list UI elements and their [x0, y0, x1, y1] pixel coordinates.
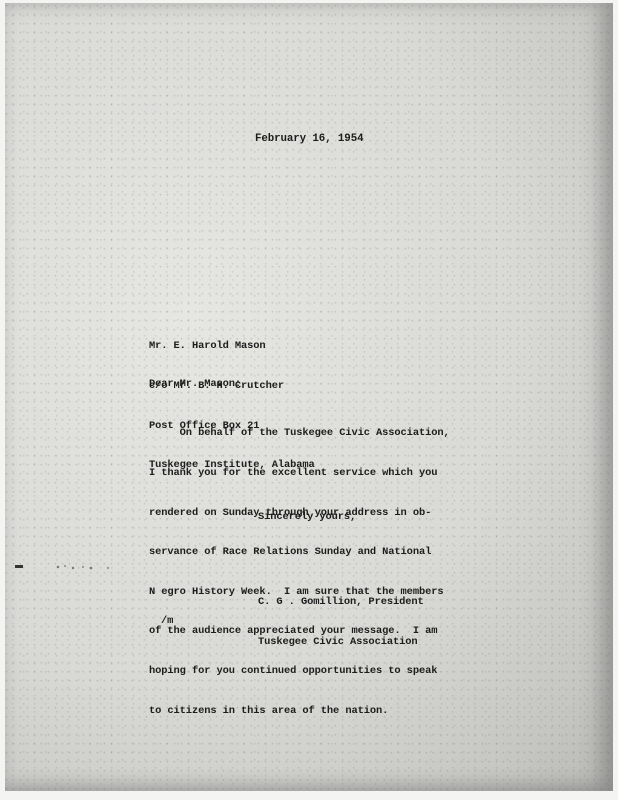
letter-page: February 16, 1954 Mr. E. Harold Mason c/…: [5, 3, 613, 791]
body-line: I thank you for the excellent service wh…: [149, 467, 450, 480]
ink-smudge-mark: [13, 562, 113, 572]
body-line: servance of Race Relations Sunday and Na…: [149, 546, 450, 559]
signature-block: C. G . Gomillion, President Tuskegee Civ…: [258, 570, 424, 676]
typist-initials: /m: [161, 615, 173, 628]
signer-name-title: C. G . Gomillion, President: [258, 596, 424, 609]
salutation: Dear Mr. Mason:: [149, 378, 241, 391]
body-line: On behalf of the Tuskegee Civic Associat…: [149, 427, 450, 440]
body-line: to citizens in this area of the nation.: [149, 705, 450, 718]
signer-organization: Tuskegee Civic Association: [258, 636, 424, 649]
address-line-name: Mr. E. Harold Mason: [149, 340, 315, 353]
complimentary-close: Sincerely yours,: [258, 511, 356, 524]
letter-date: February 16, 1954: [255, 133, 363, 146]
